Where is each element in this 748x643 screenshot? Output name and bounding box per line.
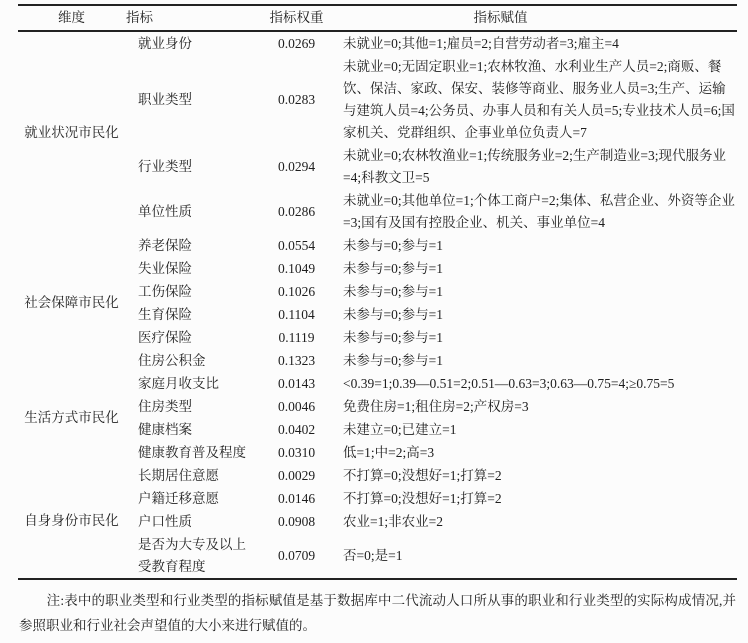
header-row: 维度 指标 指标权重 指标赋值 — [18, 5, 737, 31]
col-header-indicator: 指标 — [125, 5, 263, 31]
table-row: 就业状况市民化 就业身份 0.0269 未就业=0;其他=1;雇员=2;自营劳动… — [18, 31, 737, 55]
table-row: 住房类型 0.0046 免费住房=1;租住房=2;产权房=3 — [18, 395, 737, 418]
document-page: 维度 指标 指标权重 指标赋值 就业状况市民化 就业身份 0.0269 未就业=… — [0, 0, 748, 638]
indicator-cell: 住房类型 — [125, 395, 263, 418]
weight-cell: 0.1026 — [263, 280, 330, 303]
assignment-cell: 不打算=0;没想好=1;打算=2 — [330, 464, 737, 487]
assignment-cell: 农业=1;非农业=2 — [330, 510, 737, 533]
col-header-dimension: 维度 — [18, 5, 125, 31]
weight-cell: 0.0310 — [263, 441, 330, 464]
table-row: 户口性质 0.0908 农业=1;非农业=2 — [18, 510, 737, 533]
assignment-cell: 未参与=0;参与=1 — [330, 303, 737, 326]
table-note: 注:表中的职业类型和行业类型的指标赋值是基于数据库中二代流动人口所从事的职业和行… — [19, 588, 736, 638]
assignment-cell: 不打算=0;没想好=1;打算=2 — [330, 487, 737, 510]
assignment-cell: 免费住房=1;租住房=2;产权房=3 — [330, 395, 737, 418]
table-row: 生育保险 0.1104 未参与=0;参与=1 — [18, 303, 737, 326]
assignment-cell: 未就业=0;其他单位=1;个体工商户=2;集体、私营企业、外资等企业=3;国有及… — [330, 189, 737, 234]
col-header-weight: 指标权重 — [263, 5, 330, 31]
indicator-cell: 健康教育普及程度 — [125, 441, 263, 464]
assignment-cell: 未参与=0;参与=1 — [330, 257, 737, 280]
assignment-cell: 未参与=0;参与=1 — [330, 234, 737, 257]
indicator-cell: 职业类型 — [125, 55, 263, 144]
assignment-cell: 未参与=0;参与=1 — [330, 326, 737, 349]
weight-cell: 0.0143 — [263, 372, 330, 395]
indicator-cell: 健康档案 — [125, 418, 263, 441]
table-row: 住房公积金 0.1323 未参与=0;参与=1 — [18, 349, 737, 372]
weight-cell: 0.0908 — [263, 510, 330, 533]
weight-cell: 0.0286 — [263, 189, 330, 234]
assignment-cell: <0.39=1;0.39—0.51=2;0.51—0.63=3;0.63—0.7… — [330, 372, 737, 395]
table-row: 自身身份市民化 长期居住意愿 0.0029 不打算=0;没想好=1;打算=2 — [18, 464, 737, 487]
weight-cell: 0.0029 — [263, 464, 330, 487]
weight-cell: 0.0554 — [263, 234, 330, 257]
dimension-cell: 就业状况市民化 — [18, 31, 125, 234]
indicator-cell: 住房公积金 — [125, 349, 263, 372]
weight-cell: 0.0146 — [263, 487, 330, 510]
table-row: 工伤保险 0.1026 未参与=0;参与=1 — [18, 280, 737, 303]
col-header-assignment: 指标赋值 — [330, 5, 737, 31]
weight-cell: 0.1049 — [263, 257, 330, 280]
assignment-cell: 未参与=0;参与=1 — [330, 349, 737, 372]
table-row: 社会保障市民化 养老保险 0.0554 未参与=0;参与=1 — [18, 234, 737, 257]
table-row: 户籍迁移意愿 0.0146 不打算=0;没想好=1;打算=2 — [18, 487, 737, 510]
dimension-cell: 生活方式市民化 — [18, 372, 125, 464]
indicator-cell: 户口性质 — [125, 510, 263, 533]
table-row: 健康档案 0.0402 未建立=0;已建立=1 — [18, 418, 737, 441]
weight-cell: 0.0046 — [263, 395, 330, 418]
table-row: 失业保险 0.1049 未参与=0;参与=1 — [18, 257, 737, 280]
indicator-cell: 长期居住意愿 — [125, 464, 263, 487]
assignment-cell: 低=1;中=2;高=3 — [330, 441, 737, 464]
indicator-cell: 失业保险 — [125, 257, 263, 280]
weight-cell: 0.1323 — [263, 349, 330, 372]
indicator-cell: 养老保险 — [125, 234, 263, 257]
table-row: 是否为大专及以上受教育程度 0.0709 否=0;是=1 — [18, 533, 737, 579]
table-row: 单位性质 0.0286 未就业=0;其他单位=1;个体工商户=2;集体、私营企业… — [18, 189, 737, 234]
assignment-cell: 未就业=0;其他=1;雇员=2;自营劳动者=3;雇主=4 — [330, 31, 737, 55]
weight-cell: 0.0283 — [263, 55, 330, 144]
indicator-cell: 户籍迁移意愿 — [125, 487, 263, 510]
assignment-cell: 未就业=0;农林牧渔业=1;传统服务业=2;生产制造业=3;现代服务业=4;科教… — [330, 144, 737, 189]
assignment-cell: 未就业=0;无固定职业=1;农林牧渔、水利业生产人员=2;商贩、餐饮、保洁、家政… — [330, 55, 737, 144]
indicator-cell: 家庭月收支比 — [125, 372, 263, 395]
table-row: 医疗保险 0.1119 未参与=0;参与=1 — [18, 326, 737, 349]
weight-cell: 0.1119 — [263, 326, 330, 349]
table-row: 健康教育普及程度 0.0310 低=1;中=2;高=3 — [18, 441, 737, 464]
assignment-cell: 未参与=0;参与=1 — [330, 280, 737, 303]
weight-cell: 0.0269 — [263, 31, 330, 55]
weight-cell: 0.0402 — [263, 418, 330, 441]
indicator-cell: 是否为大专及以上受教育程度 — [125, 533, 263, 579]
indicator-cell: 生育保险 — [125, 303, 263, 326]
weight-cell: 0.0294 — [263, 144, 330, 189]
table-row: 行业类型 0.0294 未就业=0;农林牧渔业=1;传统服务业=2;生产制造业=… — [18, 144, 737, 189]
table-row: 生活方式市民化 家庭月收支比 0.0143 <0.39=1;0.39—0.51=… — [18, 372, 737, 395]
dimension-cell: 自身身份市民化 — [18, 464, 125, 579]
indicator-cell: 医疗保险 — [125, 326, 263, 349]
indicator-cell: 行业类型 — [125, 144, 263, 189]
dimension-cell: 社会保障市民化 — [18, 234, 125, 372]
assignment-cell: 否=0;是=1 — [330, 533, 737, 579]
indicator-cell: 工伤保险 — [125, 280, 263, 303]
assignment-cell: 未建立=0;已建立=1 — [330, 418, 737, 441]
indicator-cell: 就业身份 — [125, 31, 263, 55]
indicator-weight-table: 维度 指标 指标权重 指标赋值 就业状况市民化 就业身份 0.0269 未就业=… — [18, 4, 737, 580]
indicator-cell: 单位性质 — [125, 189, 263, 234]
weight-cell: 0.1104 — [263, 303, 330, 326]
table-row: 职业类型 0.0283 未就业=0;无固定职业=1;农林牧渔、水利业生产人员=2… — [18, 55, 737, 144]
weight-cell: 0.0709 — [263, 533, 330, 579]
